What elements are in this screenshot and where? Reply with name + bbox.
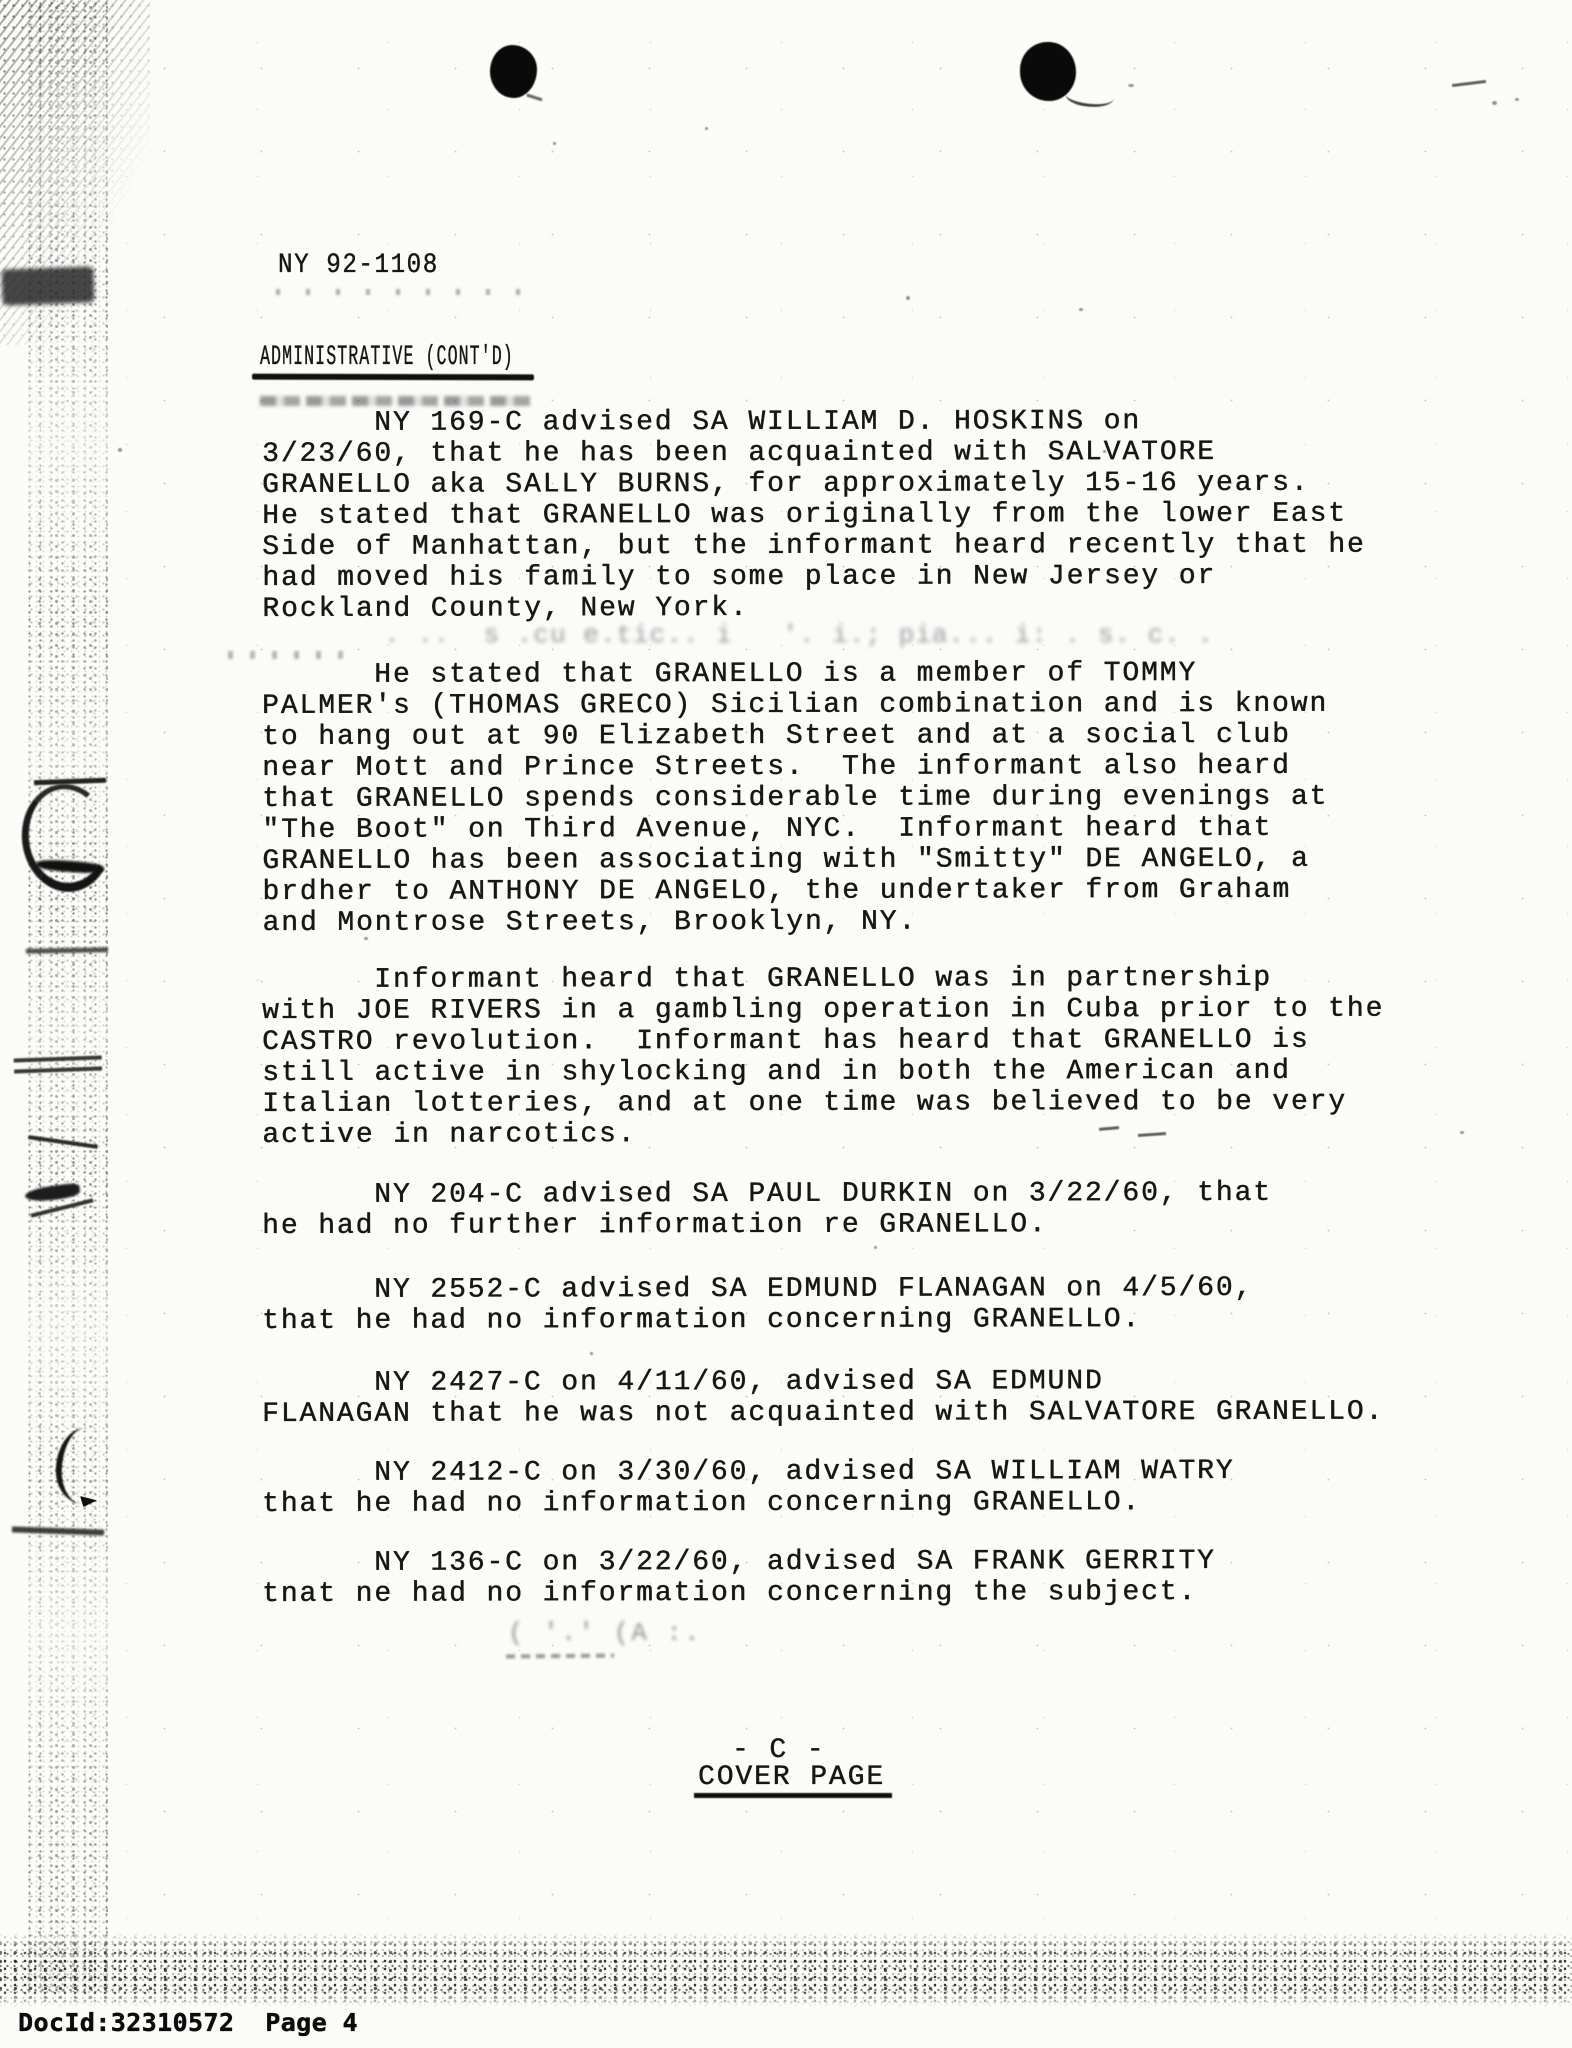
speck [874,1246,877,1249]
speck [590,1352,593,1355]
ghost-stamp-impression: ( '.' (A :. [508,1618,702,1648]
ghost-typewriter-impression: . .. s .cu e.tic.. i '. i.; pia... i: . … [384,620,1214,650]
section-heading: ADMINISTRATIVE (CONT'D) [260,342,514,373]
paragraph-ny2427c: NY 2427-C on 4/11/60, advised SA EDMUND … [262,1366,1384,1430]
scanned-document-page: NY 92-1108 ADMINISTRATIVE (CONT'D) NY 16… [0,0,1572,2048]
paragraph-ny2412c: NY 2412-C on 3/30/60, advised SA WILLIAM… [262,1456,1235,1520]
section-heading-underline [252,374,534,381]
case-number: NY 92-1108 [278,250,439,281]
speck [118,448,122,452]
left-margin-smudge [1,266,94,305]
speck [1515,98,1519,101]
bottom-scan-noise-band [0,1933,1572,2007]
speck [1492,101,1497,105]
cover-page-label: COVER PAGE [698,1762,885,1793]
paragraph-ny2552c: NY 2552-C advised SA EDMUND FLANAGAN on … [262,1273,1253,1337]
speck [1079,308,1083,311]
speck [705,127,708,130]
speck [553,142,556,145]
speck [1460,1131,1464,1134]
smudge-under-case-number [276,289,526,295]
paragraph-granello-associates: He stated that GRANELLO is a member of T… [262,658,1329,939]
paragraph-ny204c: NY 204-C advised SA PAUL DURKIN on 3/22/… [262,1178,1272,1242]
left-margin-mark [14,1055,103,1079]
cover-page-underline [694,1793,892,1798]
faint-specks [228,651,344,659]
paragraph-ny136c: NY 136-C on 3/22/60, advised SA FRANK GE… [262,1546,1216,1610]
speck [906,296,910,300]
docid-footer: DocId:32310572 Page 4 [18,2008,358,2037]
speck [1128,84,1134,87]
smudge-under-heading [260,396,532,406]
paragraph-cuba-gambling: Informant heard that GRANELLO was in par… [262,963,1385,1151]
paragraph-informant-ny169c: NY 169-C advised SA WILLIAM D. HOSKINS o… [262,406,1366,625]
